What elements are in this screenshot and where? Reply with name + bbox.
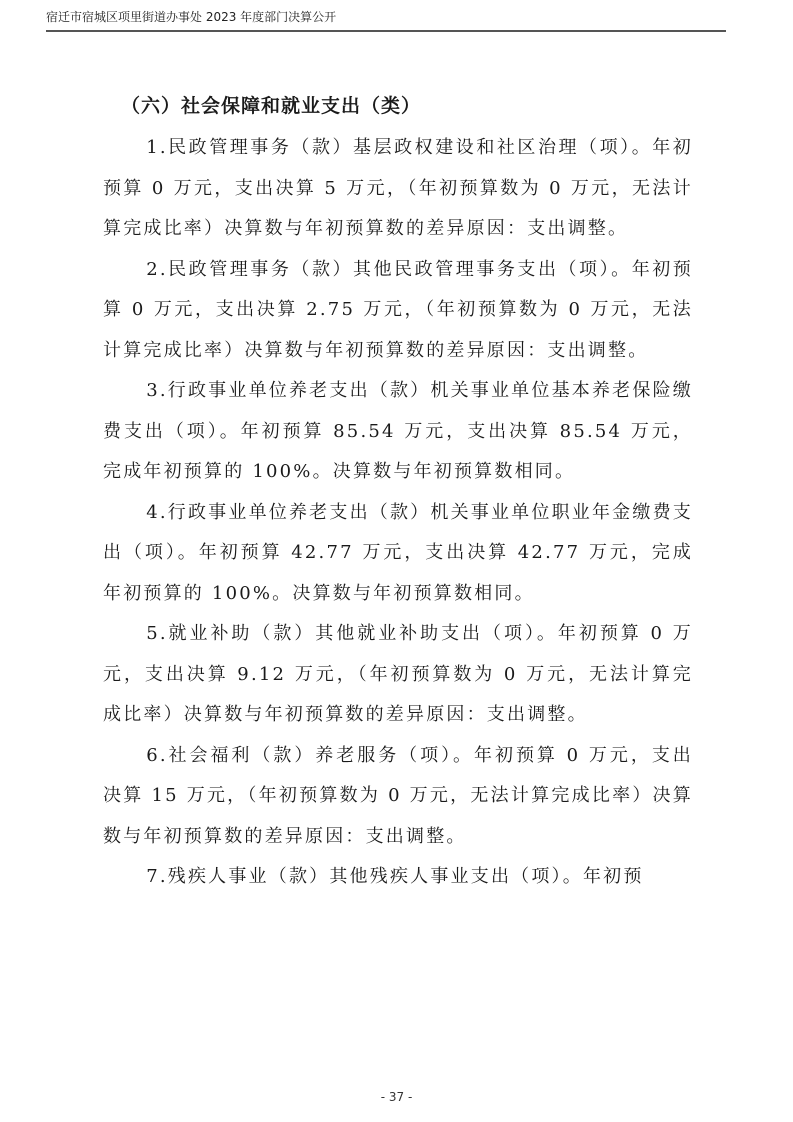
header-title: 宿迁市宿城区项里街道办事处 2023 年度部门决算公开 (46, 10, 336, 24)
document-body: （六）社会保障和就业支出（类） 1.民政管理事务（款）基层政权建设和社区治理（项… (103, 86, 693, 898)
paragraph-item-7: 7.残疾人事业（款）其他残疾人事业支出（项）。年初预 (103, 857, 693, 898)
paragraph-item-5: 5.就业补助（款）其他就业补助支出（项）。年初预算 0 万元，支出决算 9.12… (103, 614, 693, 736)
page-number: - 37 - (0, 1090, 793, 1104)
paragraph-item-6: 6.社会福利（款）养老服务（项）。年初预算 0 万元，支出决算 15 万元，（年… (103, 736, 693, 858)
page-header: 宿迁市宿城区项里街道办事处 2023 年度部门决算公开 (46, 8, 726, 32)
paragraph-item-2: 2.民政管理事务（款）其他民政管理事务支出（项）。年初预算 0 万元，支出决算 … (103, 250, 693, 372)
paragraph-item-3: 3.行政事业单位养老支出（款）机关事业单位基本养老保险缴费支出（项）。年初预算 … (103, 371, 693, 493)
paragraph-item-1: 1.民政管理事务（款）基层政权建设和社区治理（项）。年初预算 0 万元，支出决算… (103, 128, 693, 250)
section-heading: （六）社会保障和就业支出（类） (121, 86, 693, 126)
paragraph-item-4: 4.行政事业单位养老支出（款）机关事业单位职业年金缴费支出（项）。年初预算 42… (103, 493, 693, 615)
